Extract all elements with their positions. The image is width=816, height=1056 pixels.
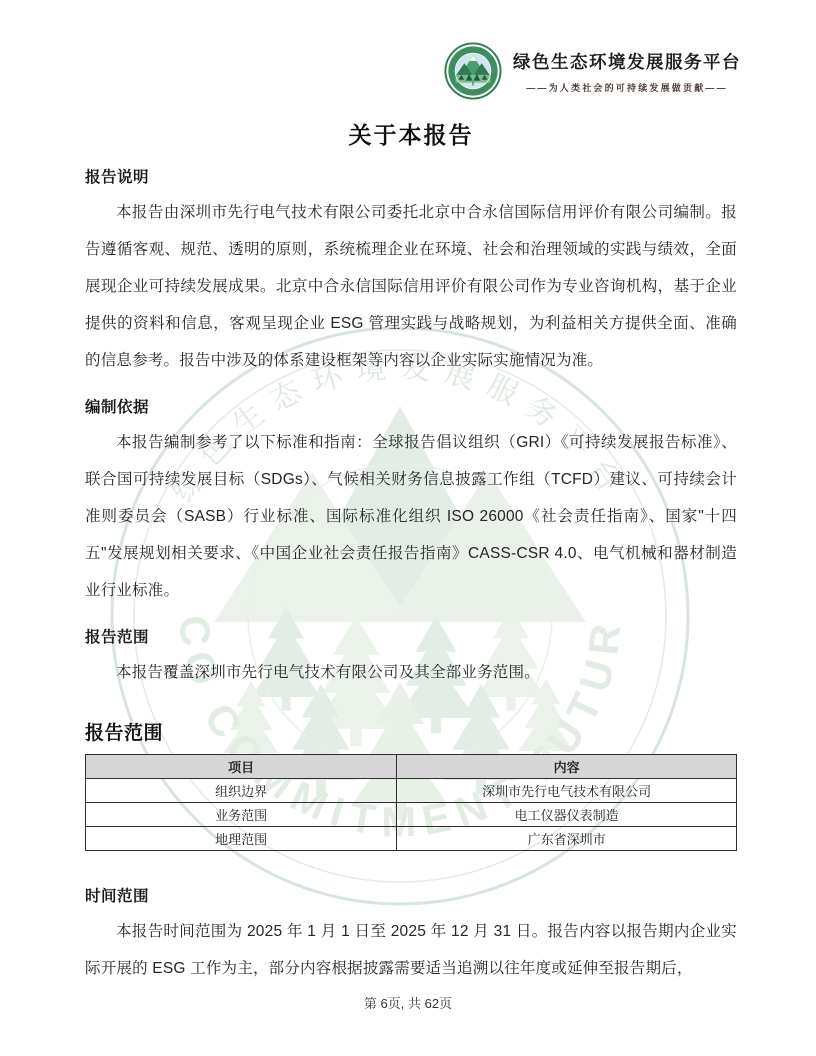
paragraph-compilation-basis: 本报告编制参考了以下标准和指南：全球报告倡议组织（GRI）《可持续发展报告标准》… [85, 424, 737, 609]
section-heading-compilation-basis: 编制依据 [85, 395, 737, 417]
scope-row-org-content: 深圳市先行电气技术有限公司 [397, 779, 737, 803]
scope-row-business-content: 电工仪器仪表制造 [397, 803, 737, 827]
platform-logo-text: 绿色生态环境发展服务平台 ——为人类社会的可持续发展做贡献—— [513, 49, 741, 94]
scope-row-geo-item: 地理范围 [86, 827, 397, 851]
page-number: 第 6页, 共 62页 [0, 993, 816, 1012]
section-heading-time-scope: 时间范围 [85, 884, 737, 906]
scope-row-business-item: 业务范围 [86, 803, 397, 827]
table-row: 业务范围 电工仪器仪表制造 [86, 803, 737, 827]
report-page: 绿色生态环境发展服务平台 ECO COMMITMENT FUTURE [0, 0, 816, 1056]
scope-table-header-row: 项目 内容 [86, 755, 737, 779]
table-row: 组织边界 深圳市先行电气技术有限公司 [86, 779, 737, 803]
page-content: 绿色生态环境发展服务平台 ——为人类社会的可持续发展做贡献—— 关于本报告 报告… [0, 0, 816, 987]
scope-table: 项目 内容 组织边界 深圳市先行电气技术有限公司 业务范围 电工仪器仪表制造 地… [85, 754, 737, 851]
table-row: 地理范围 广东省深圳市 [86, 827, 737, 851]
platform-tagline: ——为人类社会的可持续发展做贡献—— [526, 81, 728, 94]
paragraph-time-scope: 本报告时间范围为 2025 年 1 月 1 日至 2025 年 12 月 31 … [85, 913, 737, 987]
scope-row-geo-content: 广东省深圳市 [397, 827, 737, 851]
platform-logo-icon [444, 42, 502, 100]
scope-row-org-item: 组织边界 [86, 779, 397, 803]
paragraph-report-description: 本报告由深圳市先行电气技术有限公司委托北京中合永信国际信用评价有限公司编制。报告… [85, 194, 737, 379]
platform-name: 绿色生态环境发展服务平台 [513, 49, 741, 74]
platform-logo: 绿色生态环境发展服务平台 ——为人类社会的可持续发展做贡献—— [85, 0, 741, 100]
scope-table-header-content: 内容 [397, 755, 737, 779]
scope-table-title: 报告范围 [85, 718, 737, 745]
section-heading-report-description: 报告说明 [85, 165, 737, 187]
page-title: 关于本报告 [85, 117, 737, 150]
scope-table-header-item: 项目 [86, 755, 397, 779]
section-heading-report-scope: 报告范围 [85, 625, 737, 647]
paragraph-report-scope: 本报告覆盖深圳市先行电气技术有限公司及其全部业务范围。 [85, 654, 737, 691]
